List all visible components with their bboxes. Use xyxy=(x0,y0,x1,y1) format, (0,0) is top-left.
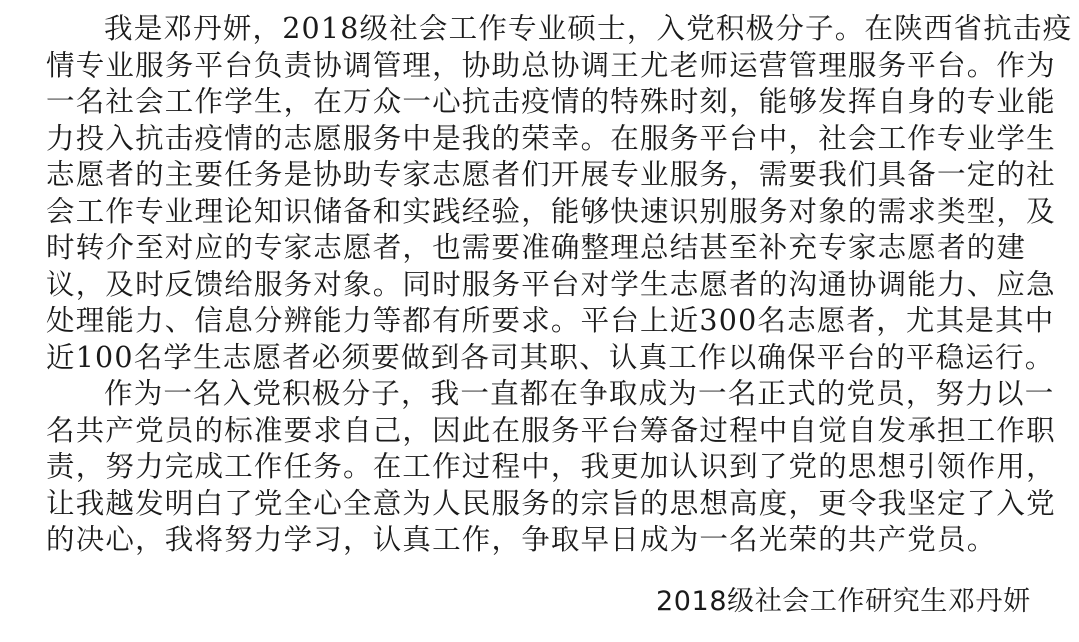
paragraph-2-line-5: 的决心，我将努力学习，认真工作，争取早日成为一名光荣的共产党员。 xyxy=(46,522,996,558)
paragraph-1-line-4: 力投入抗击疫情的志愿服务中是我的荣幸。在服务平台中，社会工作专业学生 xyxy=(46,121,1056,157)
paragraph-2-line-1: 作为一名入党积极分子，我一直都在争取成为一名正式的党员，努力以一 xyxy=(104,376,1054,412)
paragraph-1-line-3: 一名社会工作学生，在万众一心抗击疫情的特殊时刻，能够发挥自身的专业能 xyxy=(46,84,1056,120)
paragraph-1-line-6: 会工作专业理论知识储备和实践经验，能够快速识别服务对象的需求类型，及 xyxy=(46,194,1056,230)
paragraph-1-line-9: 处理能力、信息分辨能力等都有所要求。平台上近300名志愿者，尤其是其中 xyxy=(46,303,1054,339)
paragraph-1-line-2: 情专业服务平台负责协调管理，协助总协调王尤老师运营管理服务平台。作为 xyxy=(46,48,1056,84)
paragraph-1-line-5: 志愿者的主要任务是协助专家志愿者们开展专业服务，需要我们具备一定的社 xyxy=(46,157,1056,193)
paragraph-2-line-2: 名共产党员的标准要求自己，因此在服务平台筹备过程中自觉自发承担工作职 xyxy=(46,413,1056,449)
paragraph-2-line-4: 让我越发明白了党全心全意为人民服务的宗旨的思想高度，更令我坚定了入党 xyxy=(46,486,1056,522)
paragraph-2-line-3: 责，努力完成工作任务。在工作过程中，我更加认识到了党的思想引领作用， xyxy=(46,449,1056,485)
paragraph-1-line-8: 议，及时反馈给服务对象。同时服务平台对学生志愿者的沟通协调能力、应急 xyxy=(46,267,1056,303)
paragraph-1-line-1: 我是邓丹妍，2018级社会工作专业硕士，入党积极分子。在陕西省抗击疫 xyxy=(104,11,1072,47)
document-page: 我是邓丹妍，2018级社会工作专业硕士，入党积极分子。在陕西省抗击疫 情专业服务… xyxy=(0,0,1079,642)
paragraph-1-line-10: 近100名学生志愿者必须要做到各司其职、认真工作以确保平台的平稳运行。 xyxy=(46,340,1054,376)
paragraph-1-line-7: 时转介至对应的专家志愿者，也需要准确整理总结甚至补充专家志愿者的建 xyxy=(46,230,1026,266)
signature: 2018级社会工作研究生邓丹妍 xyxy=(656,584,1031,620)
